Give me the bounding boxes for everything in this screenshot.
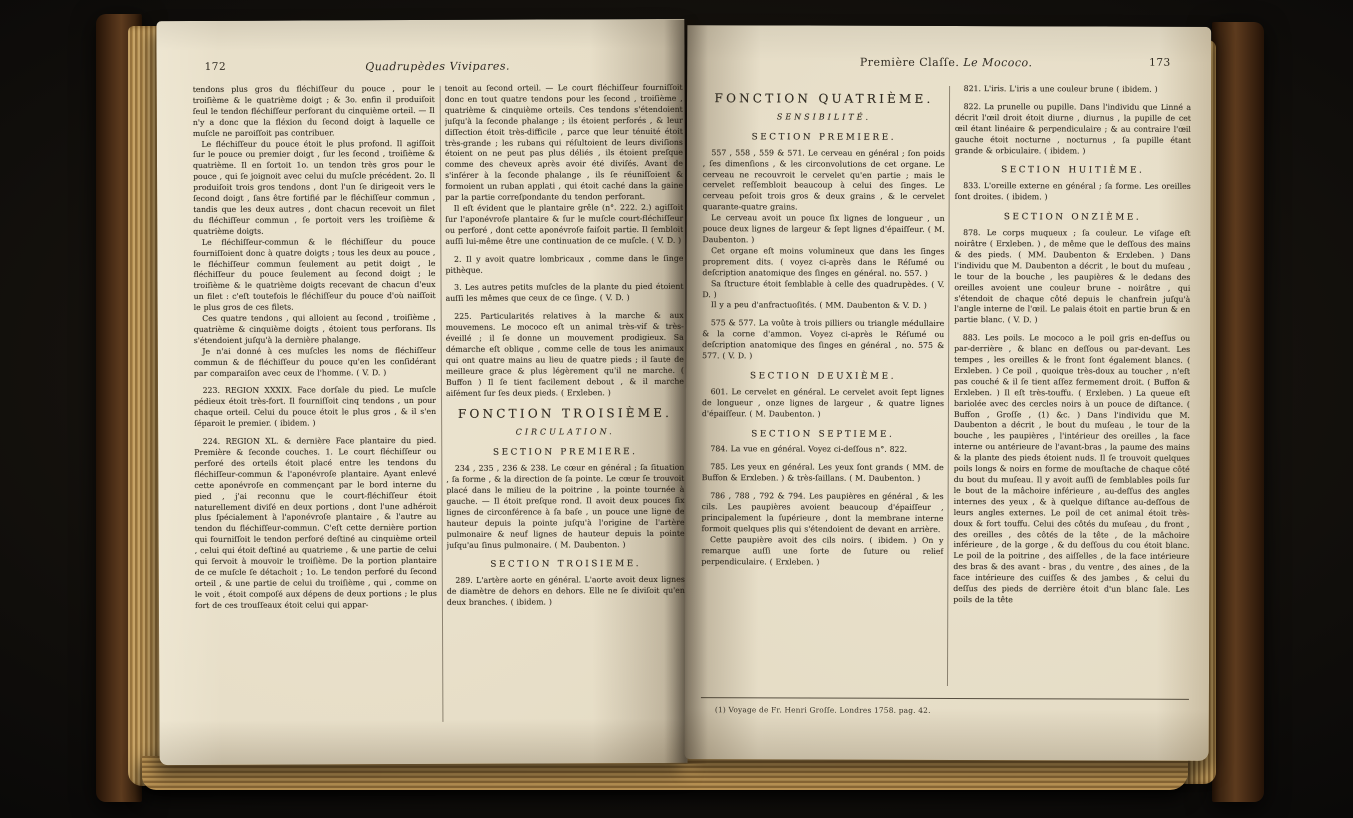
paragraph: 601. Le cervelet en général. Le cervelet… [702,387,944,421]
paragraph: 3. Les autres petits muſcles de la plant… [446,282,684,305]
paragraph: 784. La vue en général. Voyez ci-deſſous… [702,445,944,457]
paragraph: tenoit au ſecond orteil. — Le court fléc… [445,83,684,204]
paragraph: Ces quatre tendons , qui alloient au ſec… [194,313,436,347]
right-running-head: Première Claſſe. Le Mococo. 173 [687,55,1211,57]
page-number-right: 173 [1149,57,1171,69]
left-page-column-1: tendons plus gros du fléchiſſeur du pouc… [193,84,438,727]
paragraph: Je n'ai donné à ces muſcles les noms de … [194,346,436,380]
running-title-right: Première Claſſe. Le Mococo. [703,55,1189,70]
paragraph: 224. REGION XL. & dernière Face plantair… [194,436,437,612]
paragraph: 786 , 788 , 792 & 794. Les paupières en … [702,491,944,535]
paragraph: tendons plus gros du fléchiſſeur du pouc… [193,84,435,140]
paragraph: Il y a peu d'anfractuoſités. ( MM. Daube… [702,301,944,313]
paragraph: Le fléchiſſeur du pouce étoit le plus pr… [193,138,435,237]
paragraph: Sa ſtructure étoit ſemblable à celle des… [702,279,944,302]
left-running-head: 172 Quadrupèdes Vivipares. [157,59,685,61]
section-text: SECTION SEPTIEME. [702,429,944,441]
book-gutter-shadow [664,20,708,764]
heading-text: FONCTION TROISIÈME. [446,408,684,420]
subheading-text: SENSIBILITÉ. [703,112,945,124]
column-rule-right-page [947,86,950,686]
footnote: (1) Voyage de Fr. Henri Groſſe. Londres … [715,705,931,715]
paragraph: 2. Il y avoit quatre lombricaux , comme … [445,253,683,276]
paragraph: 557 , 558 , 559 & 571. Le cerveau en gén… [703,148,945,214]
section-text: SECTION TROISIEME. [447,559,685,571]
paragraph: 883. Les poils. Le mococo a le poil gris… [953,333,1190,606]
paragraph: 289. L'artère aorte en général. L'aorte … [447,575,685,609]
paragraph: 575 & 577. La voûte à trois pilliers ou … [702,318,944,362]
paragraph: 225. Particularités relatives à la march… [446,311,684,399]
footnote-rule [701,697,1189,700]
right-page: Première Claſſe. Le Mococo. 173 FONCTION… [685,25,1212,761]
right-page-column-2: 821. L'iris. L'iris a une couleur brune … [953,84,1191,691]
left-page: 172 Quadrupèdes Vivipares. tendons plus … [156,19,687,765]
paragraph: Cet organe eſt moins volumineux que dans… [702,246,944,280]
paragraph: Il eſt évident que le plantaire grêle (n… [445,203,683,248]
paragraph: 223. REGION XXXIX. Face dorſale du pied.… [194,385,436,430]
left-page-column-2: tenoit au ſecond orteil. — Le court fléc… [445,83,686,726]
section-text: SECTION PREMIERE. [446,447,684,459]
column-rule-left-page [440,86,444,722]
book-cover-right [1212,22,1264,802]
running-title-mococo: Le Mococo. [963,56,1032,69]
paragraph: 785. Les yeux en général. Les yeux ſont … [702,463,944,486]
paragraph: 234 , 235 , 236 & 238. Le cœur en généra… [446,463,684,551]
paragraph: 833. L'oreille externe en général ; ſa f… [955,181,1191,204]
paragraph: 878. Le corps muqueux ; ſa couleur. Le v… [954,228,1190,327]
section-text: SECTION DEUXIÈME. [702,371,944,383]
subheading-text: CIRCULATION. [446,427,684,439]
running-title-classe: Première Claſſe. [860,56,960,69]
paragraph: Cette paupière avoit des cils noirs. ( i… [701,535,943,569]
paragraph: 822. La prunelle ou pupille. Dans l'indi… [955,102,1191,157]
right-page-column-1: FONCTION QUATRIÈME.SENSIBILITÉ.SECTION P… [701,83,945,690]
section-text: SECTION HUITIÈME. [955,165,1191,177]
paragraph: Le cerveau avoit un pouce ſix lignes de … [703,213,945,247]
section-text: SECTION PREMIERE. [703,132,945,144]
paragraph: 821. L'iris. L'iris a une couleur brune … [955,84,1191,96]
paragraph: Le fléchiſſeur-commun & le fléchiſſeur d… [193,237,435,314]
running-title-left: Quadrupèdes Vivipares. [192,59,684,74]
heading-text: FONCTION QUATRIÈME. [703,93,945,105]
photo-scene: 172 Quadrupèdes Vivipares. tendons plus … [0,0,1353,818]
section-text: SECTION ONZIÈME. [955,212,1191,224]
